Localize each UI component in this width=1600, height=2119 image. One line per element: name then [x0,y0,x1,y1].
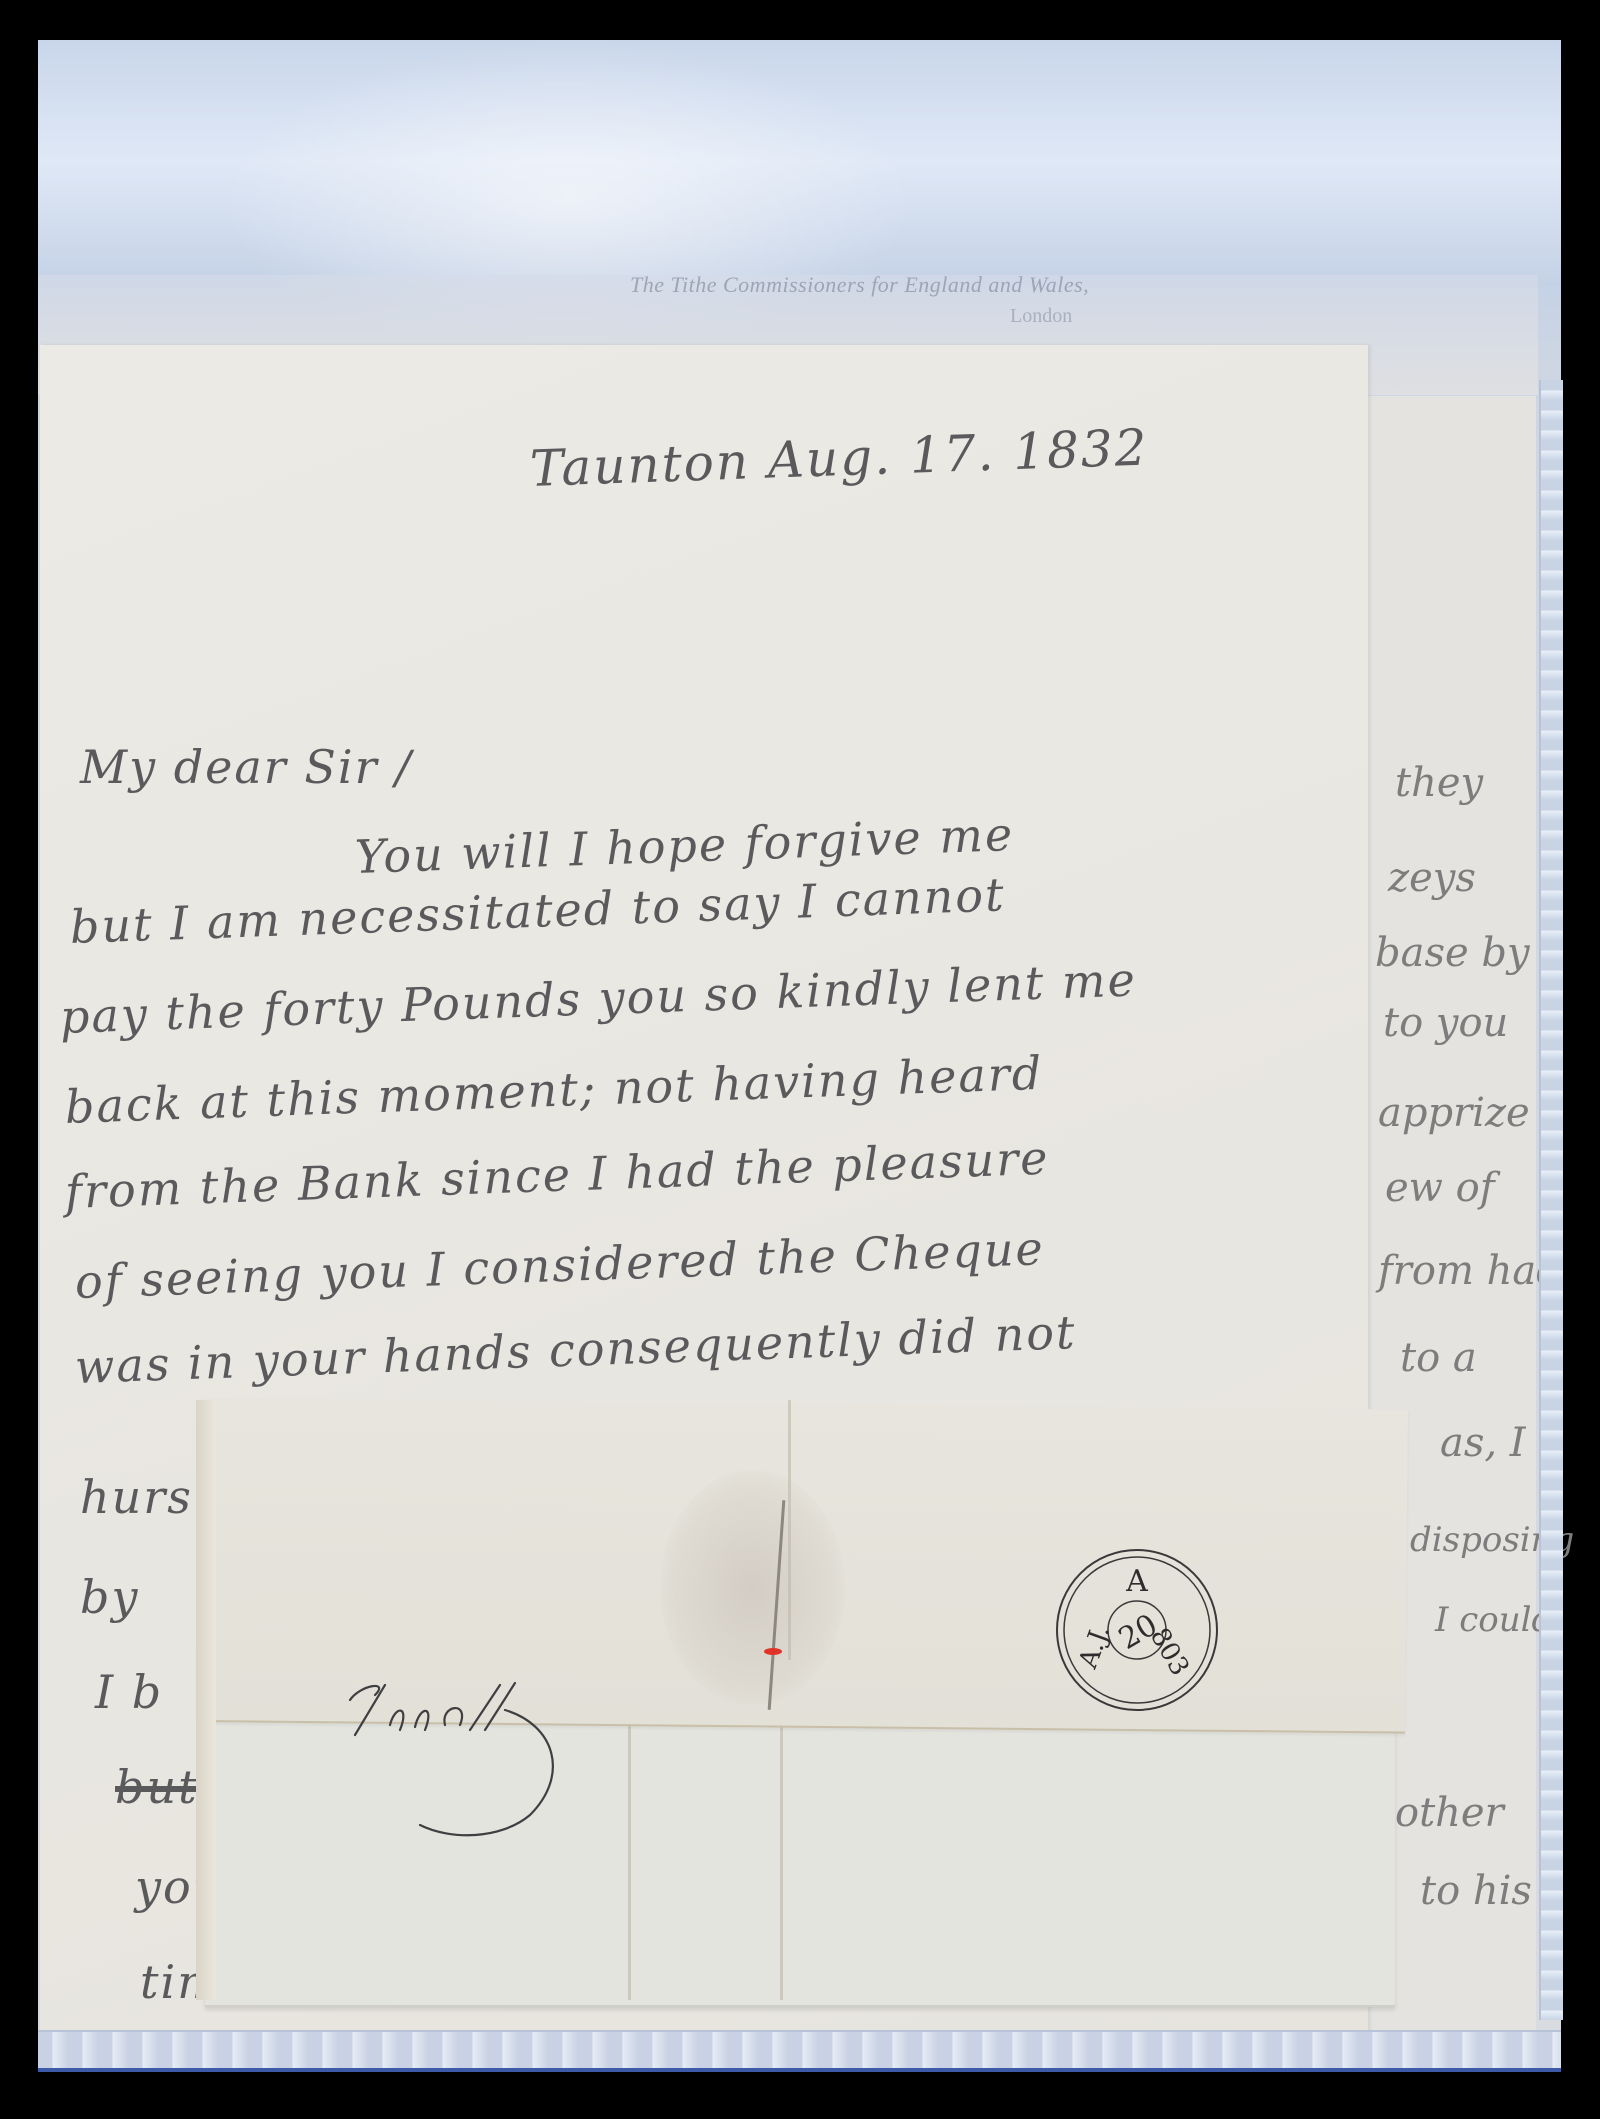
postmark-top-letter: A [1125,1564,1148,1599]
wax-seal-residue [660,1470,845,1705]
back-letter-fragment: to you [1383,1000,1508,1046]
red-wax-spot [764,1648,782,1655]
letter-line: hurs. [80,1470,209,1524]
envelope-left-fold [196,1400,216,2000]
letter-line: by [80,1570,139,1624]
back-letter-fragment: base by [1375,930,1530,976]
signature-icon: Jenott [330,1665,570,1845]
back-letter-fragment: from had [1378,1248,1562,1294]
back-letter-fragment: apprize [1378,1090,1530,1136]
printed-heading: The Tithe Commissioners for England and … [630,272,1089,298]
back-letter-fragment: ew of [1385,1165,1495,1211]
postmark-month: A.J. [1073,1621,1116,1673]
letter-line-struck: but [115,1760,199,1814]
back-letter-fragment: as, I [1440,1420,1526,1466]
sleeve-perforation-right [1539,380,1563,2020]
back-letter-fragment: they [1395,760,1483,806]
back-letter-fragment: I could [1435,1600,1553,1640]
back-letter-fragment: zeys [1388,855,1476,901]
back-letter-fragment: other [1395,1790,1504,1836]
printed-subheading: London [1010,305,1072,328]
letter-salutation: My dear Sir / [80,740,413,794]
letter-line: I b [95,1665,163,1719]
back-letter-fragment: to his [1420,1868,1532,1914]
postmark-stamp-icon: A 20 A.J. 803 [1053,1546,1221,1714]
signature-text: Jenott [339,1723,344,1726]
back-letter-fragment: to a [1400,1335,1477,1381]
sleeve-perforation-bottom [38,2030,1561,2072]
